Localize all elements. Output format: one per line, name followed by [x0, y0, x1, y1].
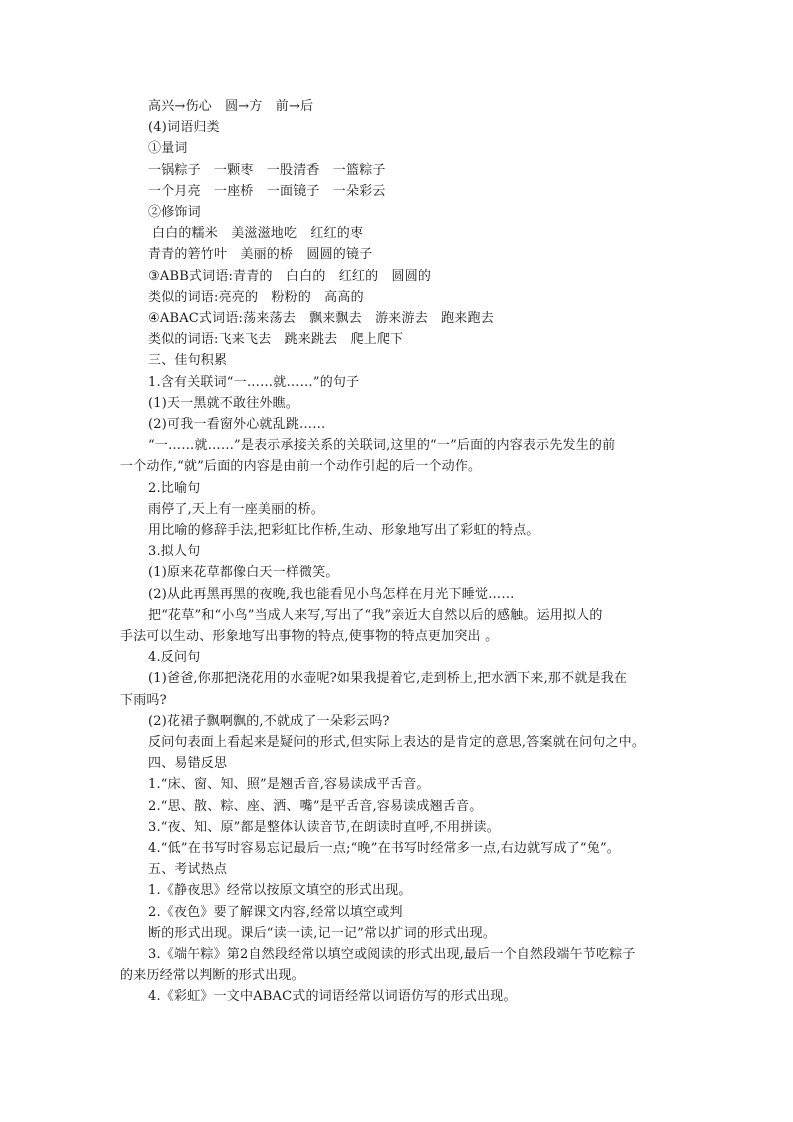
text-line: 2.“思、散、粽、座、洒、嘴”是平舌音,容易读成翘舌音。 — [148, 798, 482, 816]
text-line: 白白的糯米 美滋滋地吃 红红的枣 — [152, 225, 363, 243]
text-line: (4)词语归类 — [148, 119, 220, 137]
text-line: 断的形式出现。课后“读一读,记一记”常以扩词的形式出现。 — [148, 925, 496, 943]
text-line: 3.拟人句 — [148, 543, 200, 561]
text-line: 3.《端午粽》第2自然段经常以填空或阅读的形式出现,最后一个自然段端午节吃粽子 — [148, 946, 636, 964]
text-line: (1)原来花草都像白天一样微笑。 — [148, 564, 339, 582]
text-line: 的来历经常以判断的形式出现。 — [120, 967, 305, 985]
text-line: (1)天一黑就不敢往外瞧。 — [148, 395, 299, 413]
text-line: 三、佳句积累 — [148, 352, 227, 370]
text-line: 五、考试热点 — [148, 861, 227, 879]
text-line: 用比喻的修辞手法,把彩虹比作桥,生动、形象地写出了彩虹的特点。 — [148, 522, 539, 540]
text-line: (2)从此再黑再黑的夜晚,我也能看见小鸟怎样在月光下睡觉…… — [148, 586, 515, 604]
text-line: ①量词 — [148, 140, 188, 158]
text-line: ④ABAC式词语:荡来荡去 飘来飘去 游来游去 跑来跑去 — [148, 310, 494, 328]
text-line: 3.“夜、知、原”都是整体认读音节,在朗读时直呼,不用拼读。 — [148, 819, 500, 837]
text-line: 把“花草”和“小鸟”当成人来写,写出了“我”亲近大自然以后的感触。运用拟人的 — [148, 607, 603, 625]
text-line: 2.比喻句 — [148, 480, 200, 498]
text-line: 一锅粽子 一颗枣 一股清香 一篮粽子 — [148, 162, 386, 180]
text-line: 高兴→伤心 圆→方 前→后 — [148, 98, 313, 116]
text-line: 四、易错反思 — [148, 755, 227, 773]
text-line: 4.“低”在书写时容易忘记最后一点;“晚”在书写时经常多一点,右边就写成了“兔”… — [148, 840, 620, 858]
text-line: 1.《静夜思》经常以按原文填空的形式出现。 — [148, 882, 412, 900]
text-line: 下雨吗? — [120, 692, 167, 710]
text-line: 雨停了,天上有一座美丽的桥。 — [148, 501, 324, 519]
text-line: (1)爸爸,你那把浇花用的水壶呢?如果我提着它,走到桥上,把水洒下来,那不就是我… — [148, 670, 627, 688]
text-line: 2.《夜色》要了解课文内容,经常以填空或判 — [148, 904, 403, 922]
text-line: (2)花裙子飘啊飘的,不就成了一朵彩云吗? — [148, 713, 390, 731]
text-line: 一个月亮 一座桥 一面镜子 一朵彩云 — [148, 183, 386, 201]
text-line: 1.“床、窗、知、照”是翘舌音,容易读成平舌音。 — [148, 776, 430, 794]
text-line: 类似的词语:飞来飞去 跳来跳去 爬上爬下 — [148, 331, 403, 349]
text-line: 4.反问句 — [148, 649, 200, 667]
text-line: 类似的词语:亮亮的 粉粉的 高高的 — [148, 289, 364, 307]
text-line: 1.含有关联词“一……就……”的句子 — [148, 374, 359, 392]
text-line: ③ABB式词语:青青的 白白的 红红的 圆圆的 — [148, 268, 431, 286]
text-line: ②修饰词 — [148, 204, 201, 222]
text-line: (2)可我一看窗外心就乱跳…… — [148, 416, 325, 434]
text-line: 手法可以生动、形象地写出事物的特点,使事物的特点更加突出 。 — [120, 628, 498, 646]
text-line: 4.《彩虹》一文中ABAC式的词语经常以词语仿写的形式出现。 — [148, 988, 517, 1006]
text-line: “一……就……”是表示承接关系的关联词,这里的“一”后面的内容表示先发生的前 — [148, 437, 615, 455]
text-line: 反问句表面上看起来是疑问的形式,但实际上表达的是肯定的意思,答案就在问句之中。 — [148, 734, 645, 752]
text-line: 青青的箬竹叶 美丽的桥 圆圆的镜子 — [148, 246, 372, 264]
text-line: 一个动作,“就”后面的内容是由前一个动作引起的后一个动作。 — [120, 458, 481, 476]
